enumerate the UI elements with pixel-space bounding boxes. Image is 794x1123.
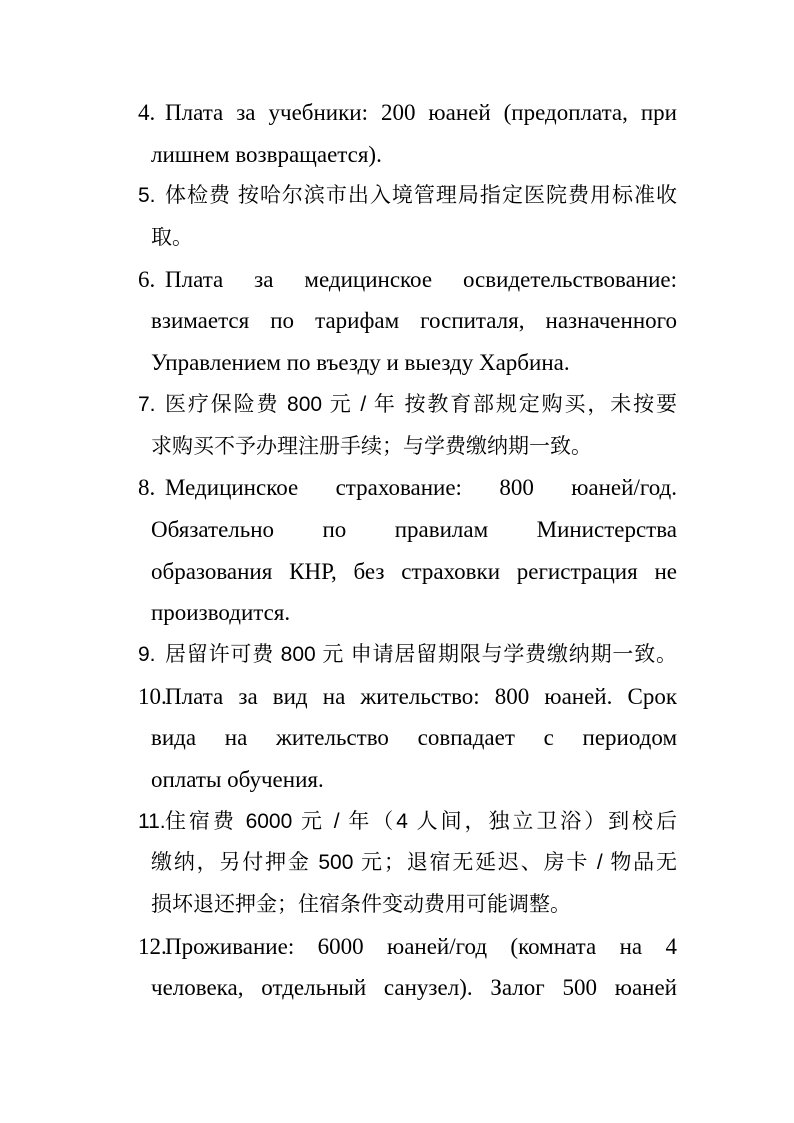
text-line: Плата за учебники: 200 юаней (предоплата… <box>151 92 677 134</box>
list-item: 12. Проживание: 6000 юаней/год (комната … <box>138 926 677 1009</box>
text-line: образования КНР, без страховки регистрац… <box>151 551 677 593</box>
list-item-number: 8. <box>138 467 155 509</box>
text-line: 取。 <box>151 217 677 259</box>
text-line: 求购买不予办理注册手续；与学费缴纳期一致。 <box>151 426 677 468</box>
list-item-number: 11. <box>138 801 166 843</box>
text-line: лишнем возвращается). <box>151 134 677 176</box>
text-line: Медицинское страхование: 800 юаней/год. <box>151 467 677 509</box>
text-line: взимается по тарифам госпиталя, назначен… <box>151 300 677 342</box>
text-line: 缴纳，另付押金 500 元；退宿无延迟、房卡 / 物品无 <box>151 842 677 884</box>
text-line: 体检费 按哈尔滨市出入境管理局指定医院费用标准收 <box>151 175 677 217</box>
text-line: вида на жительство совпадает с периодом <box>151 717 677 759</box>
text-line: Плата за вид на жительство: 800 юаней. С… <box>151 676 677 718</box>
text-line: оплаты обучения. <box>151 759 677 801</box>
text-line: 医疗保险费 800 元 / 年 按教育部规定购买，未按要 <box>151 384 677 426</box>
text-line: 住宿费 6000 元 / 年（4 人间，独立卫浴）到校后 <box>151 801 677 843</box>
fee-list: 4. Плата за учебники: 200 юаней (предопл… <box>138 92 677 1009</box>
list-item-number: 10. <box>138 676 167 718</box>
list-item: 9. 居留许可费 800 元 申请居留期限与学费缴纳期一致。 <box>138 634 677 676</box>
text-line: 居留许可费 800 元 申请居留期限与学费缴纳期一致。 <box>151 634 677 676</box>
text-line: Проживание: 6000 юаней/год (комната на 4 <box>151 926 677 968</box>
text-line: человека, отдельный санузел). Залог 500 … <box>151 967 677 1009</box>
list-item-number: 6. <box>138 259 155 301</box>
list-item: 10. Плата за вид на жительство: 800 юане… <box>138 676 677 801</box>
text-line: Обязательно по правилам Министерства <box>151 509 677 551</box>
list-item: 5. 体检费 按哈尔滨市出入境管理局指定医院费用标准收 取。 <box>138 175 677 258</box>
list-item: 11. 住宿费 6000 元 / 年（4 人间，独立卫浴）到校后 缴纳，另付押金… <box>138 801 677 926</box>
list-item-number: 4. <box>138 92 155 134</box>
list-item-number: 12. <box>138 926 167 968</box>
list-item-number: 9. <box>138 634 156 676</box>
list-item-number: 7. <box>138 384 156 426</box>
text-line: 损坏退还押金；住宿条件变动费用可能调整。 <box>151 884 677 926</box>
document-page: 4. Плата за учебники: 200 юаней (предопл… <box>0 0 794 1123</box>
list-item: 8. Медицинское страхование: 800 юаней/го… <box>138 467 677 634</box>
list-item: 4. Плата за учебники: 200 юаней (предопл… <box>138 92 677 175</box>
text-line: Плата за медицинское освидетельствование… <box>151 259 677 301</box>
list-item-number: 5. <box>138 175 156 217</box>
text-line: Управлением по въезду и выезду Харбина. <box>151 342 677 384</box>
list-item: 6. Плата за медицинское освидетельствова… <box>138 259 677 384</box>
text-line: производится. <box>151 592 677 634</box>
list-item: 7. 医疗保险费 800 元 / 年 按教育部规定购买，未按要 求购买不予办理注… <box>138 384 677 467</box>
